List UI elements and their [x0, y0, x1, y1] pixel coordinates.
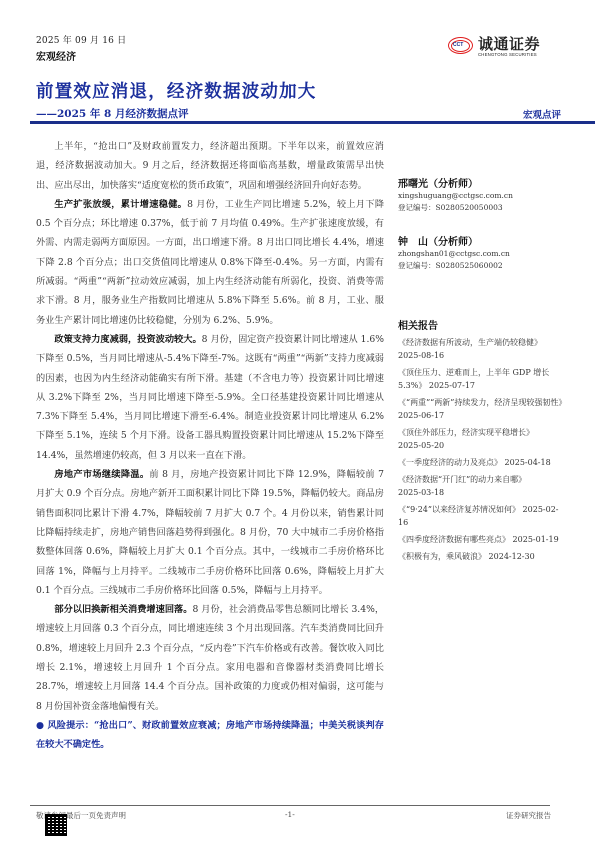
qr-code-icon — [45, 814, 67, 836]
page-subtitle: ——2025 年 8 月经济数据点评 — [36, 106, 189, 121]
section-heading: 部分以旧换新相关消费增速回落。 — [54, 604, 192, 615]
related-report-item[interactable]: 《经济数据有所波动，生产端仍较稳健》2025-08-16 — [398, 336, 568, 362]
document-type: 证券研究报告 — [506, 810, 551, 821]
related-reports: 相关报告 《经济数据有所波动，生产端仍较稳健》2025-08-16 《顶住压力、… — [398, 317, 568, 567]
main-body: 上半年，“抢出口”及财政前置发力，经济超出预期。下半年以来，前置效应消退，经济数… — [36, 137, 384, 755]
section-paragraph: 部分以旧换新相关消费增速回落。8 月份，社会消费品零售总额同比增长 3.4%，增… — [36, 600, 384, 716]
analyst-email[interactable]: zhongshan01@cctgsc.com.cn — [398, 248, 568, 260]
logo-name-en: CHENGTONG SECURITIES — [478, 52, 540, 57]
page-title: 前置效应消退，经济数据波动加大 — [36, 78, 317, 103]
page-number: -1- — [285, 810, 295, 819]
risk-warning: ● 风险提示：“抢出口”、财政前置效应衰减；房地产市场持续降温；中美关税谈判存在… — [36, 716, 384, 755]
section-paragraph: 房地产市场继续降温。前 8 月，房地产投资累计同比下降 12.9%，降幅较前 7… — [36, 465, 384, 600]
analyst-card: 邢曙光（分析师） xingshuguang@cctgsc.com.cn 登记编号… — [398, 175, 568, 214]
related-report-item[interactable]: 《“两重”“两新”持续发力，经济呈现较强韧性》 2025-06-17 — [398, 396, 568, 422]
analyst-name: 邢曙光（分析师） — [398, 175, 568, 190]
intro-paragraph: 上半年，“抢出口”及财政前置发力，经济超出预期。下半年以来，前置效应消退，经济数… — [36, 137, 384, 195]
footer-rule — [30, 805, 550, 806]
related-reports-heading: 相关报告 — [398, 317, 568, 332]
related-report-item[interactable]: 《积极有为，乘风破浪》 2024-12-30 — [398, 550, 568, 563]
related-report-item[interactable]: 《四季度经济数据有哪些亮点》 2025-01-19 — [398, 533, 568, 546]
analyst-registration: 登记编号：S0280525060002 — [398, 260, 568, 272]
section-heading: 房地产市场继续降温。 — [54, 469, 149, 480]
analyst-name: 钟 山（分析师） — [398, 233, 568, 248]
related-report-item[interactable]: 《一季度经济的动力及亮点》 2025-04-18 — [398, 456, 568, 469]
analyst-registration: 登记编号：S0280520050003 — [398, 202, 568, 214]
report-type-tag: 宏观点评 — [523, 107, 561, 121]
header-rule — [30, 121, 595, 124]
related-report-item[interactable]: 《经济数据“开门红”的动力来自哪》2025-03-18 — [398, 473, 568, 499]
company-logo: CCT 诚通证券 CHENGTONG SECURITIES — [448, 32, 560, 60]
related-report-item[interactable]: 《顶住外部压力，经济实现平稳增长》2025-05-20 — [398, 426, 568, 452]
report-date: 2025 年 09 月 16 日 — [36, 33, 126, 46]
section-paragraph: 生产扩张放缓，累计增速稳健。8 月份，工业生产同比增速 5.2%，较上月下降 0… — [36, 195, 384, 330]
analyst-card: 钟 山（分析师） zhongshan01@cctgsc.com.cn 登记编号：… — [398, 233, 568, 272]
section-heading: 政策支持力度减弱，投资波动较大。 — [54, 334, 201, 345]
section-paragraph: 政策支持力度减弱，投资波动较大。8 月份，固定资产投资累计同比增速从 1.6%下… — [36, 330, 384, 465]
logo-name-cn: 诚通证券 — [478, 36, 540, 52]
analyst-email[interactable]: xingshuguang@cctgsc.com.cn — [398, 190, 568, 202]
section-heading: 生产扩张放缓，累计增速稳健。 — [54, 199, 187, 210]
report-category: 宏观经济 — [36, 48, 76, 63]
logo-rings-icon: CCT — [448, 37, 474, 55]
related-report-item[interactable]: 《顶住压力、逆难而上，上半年 GDP 增长 5.3%》 2025-07-17 — [398, 366, 568, 392]
related-report-item[interactable]: 《“9·24”以来经济复苏情况如何》 2025-02-16 — [398, 503, 568, 529]
